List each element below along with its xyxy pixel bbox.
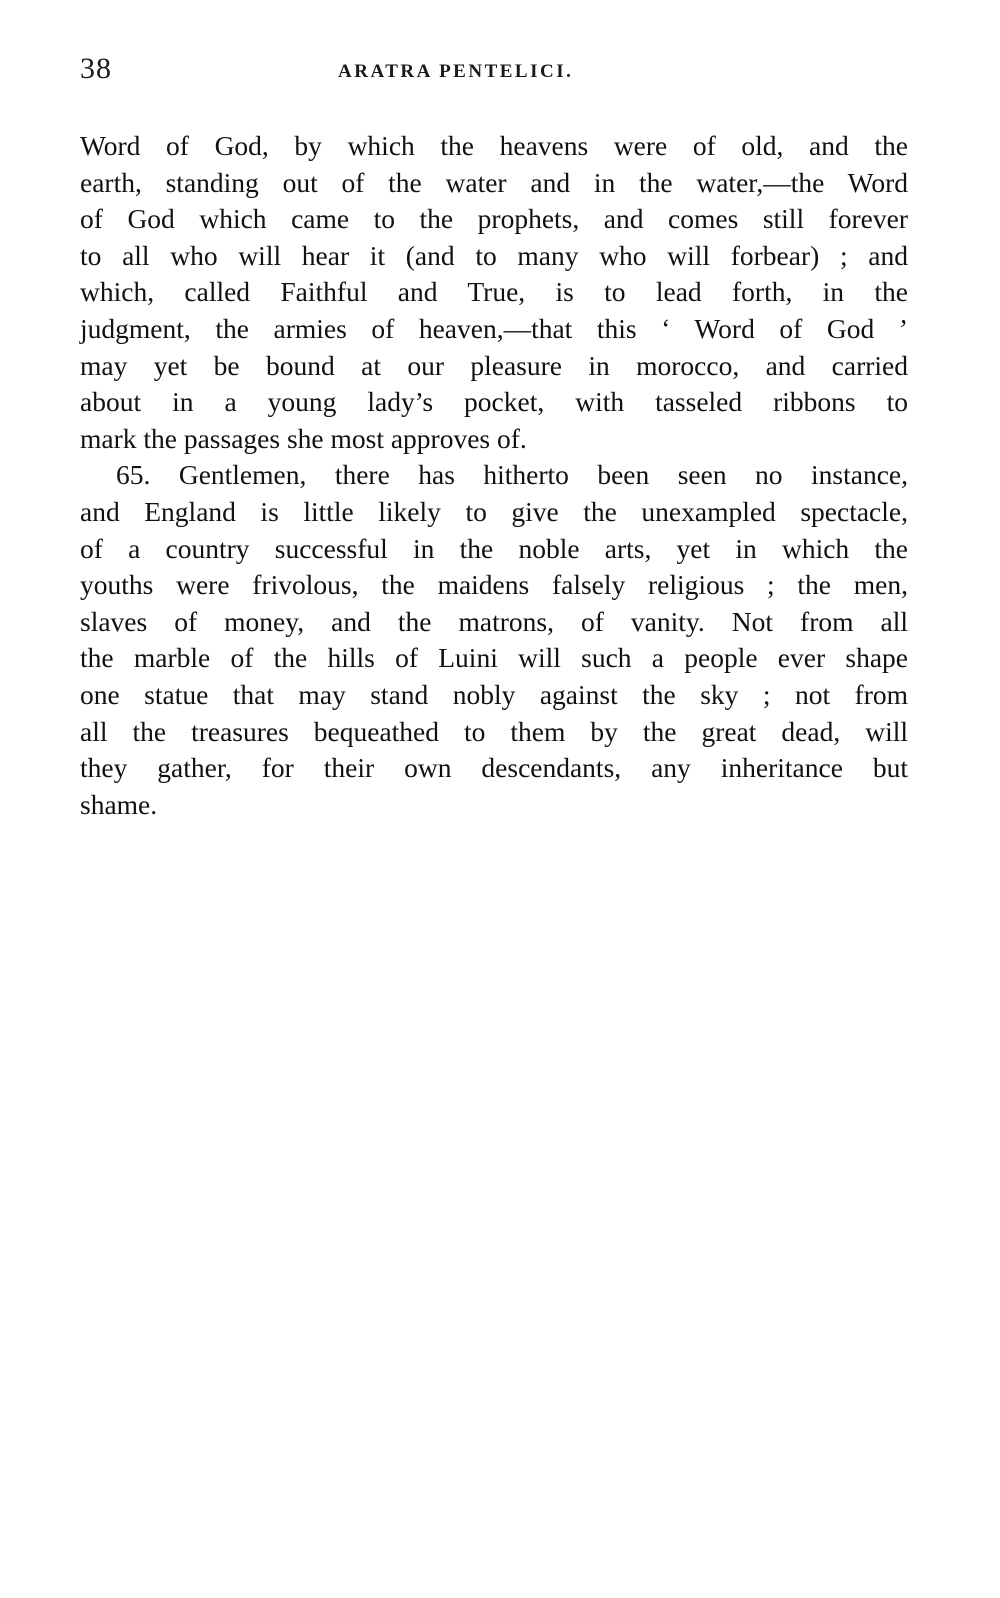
text-line: of God which came to the prophets, and c… xyxy=(80,201,908,238)
text-line: which, called Faithful and True, is to l… xyxy=(80,274,908,311)
text-line: one statue that may stand nobly against … xyxy=(80,677,908,714)
running-title: ARATRA PENTELICI. xyxy=(338,61,573,83)
book-page: 38 ARATRA PENTELICI. Word of God, by whi… xyxy=(0,0,1000,1598)
body-text: Word of God, by which the heavens were o… xyxy=(80,128,908,823)
text-line: may yet be bound at our pleasure in moro… xyxy=(80,348,908,385)
text-line: and England is little likely to give the… xyxy=(80,494,908,531)
text-line: about in a young lady’s pocket, with tas… xyxy=(80,384,908,421)
text-line: youths were frivolous, the maidens false… xyxy=(80,567,908,604)
running-head: 38 ARATRA PENTELICI. xyxy=(80,52,908,92)
text-line: judgment, the armies of heaven,—that thi… xyxy=(80,311,908,348)
text-line: they gather, for their own descendants, … xyxy=(80,750,908,787)
paragraph-65: 65. Gentlemen, there has hitherto been s… xyxy=(80,457,908,823)
paragraph-continued: Word of God, by which the heavens were o… xyxy=(80,128,908,457)
text-line: to all who will hear it (and to many who… xyxy=(80,238,908,275)
text-line: the marble of the hills of Luini will su… xyxy=(80,640,908,677)
text-line: 65. Gentlemen, there has hitherto been s… xyxy=(80,457,908,494)
text-line: earth, standing out of the water and in … xyxy=(80,165,908,202)
text-line: all the treasures bequeathed to them by … xyxy=(80,714,908,751)
text-line: mark the passages she most approves of. xyxy=(80,421,908,458)
text-line: of a country successful in the noble art… xyxy=(80,531,908,568)
text-line: Word of God, by which the heavens were o… xyxy=(80,128,908,165)
page-number: 38 xyxy=(80,52,112,86)
text-line: shame. xyxy=(80,787,908,824)
text-line: slaves of money, and the matrons, of van… xyxy=(80,604,908,641)
